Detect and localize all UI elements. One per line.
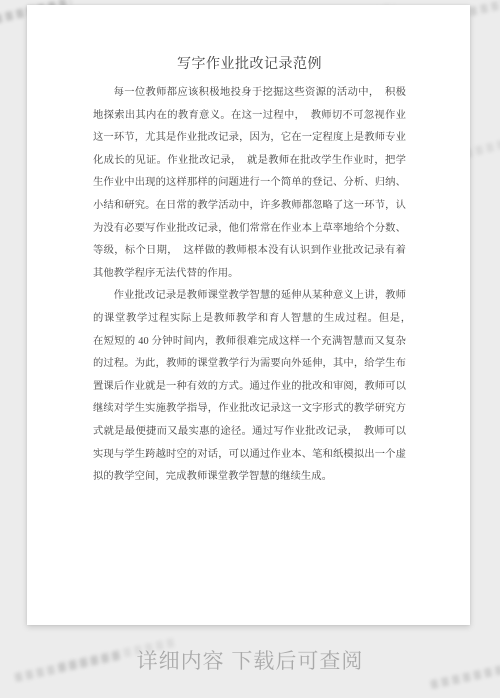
- document-title: 写字作业批改记录范例: [93, 56, 406, 74]
- paragraph: 每一位教师都应该积极地投身于挖掘这些资源的活动中， 积极地探索出其内在的教育意义…: [93, 82, 406, 285]
- page-background: 写字作业批改记录范例 每一位教师都应该积极地投身于挖掘这些资源的活动中， 积极地…: [0, 0, 500, 698]
- document-page: 写字作业批改记录范例 每一位教师都应该积极地投身于挖掘这些资源的活动中， 积极地…: [27, 5, 470, 625]
- download-hint-text: 详细内容 下载后可查阅: [0, 646, 500, 678]
- document-content: 写字作业批改记录范例 每一位教师都应该积极地投身于挖掘这些资源的活动中， 积极地…: [27, 5, 470, 489]
- paragraph: 作业批改记录是教师课堂教学智慧的延伸从某种意义上讲，教师的课堂教学过程实际上是教…: [93, 285, 406, 488]
- document-body: 每一位教师都应该积极地投身于挖掘这些资源的活动中， 积极地探索出其内在的教育意义…: [93, 82, 406, 489]
